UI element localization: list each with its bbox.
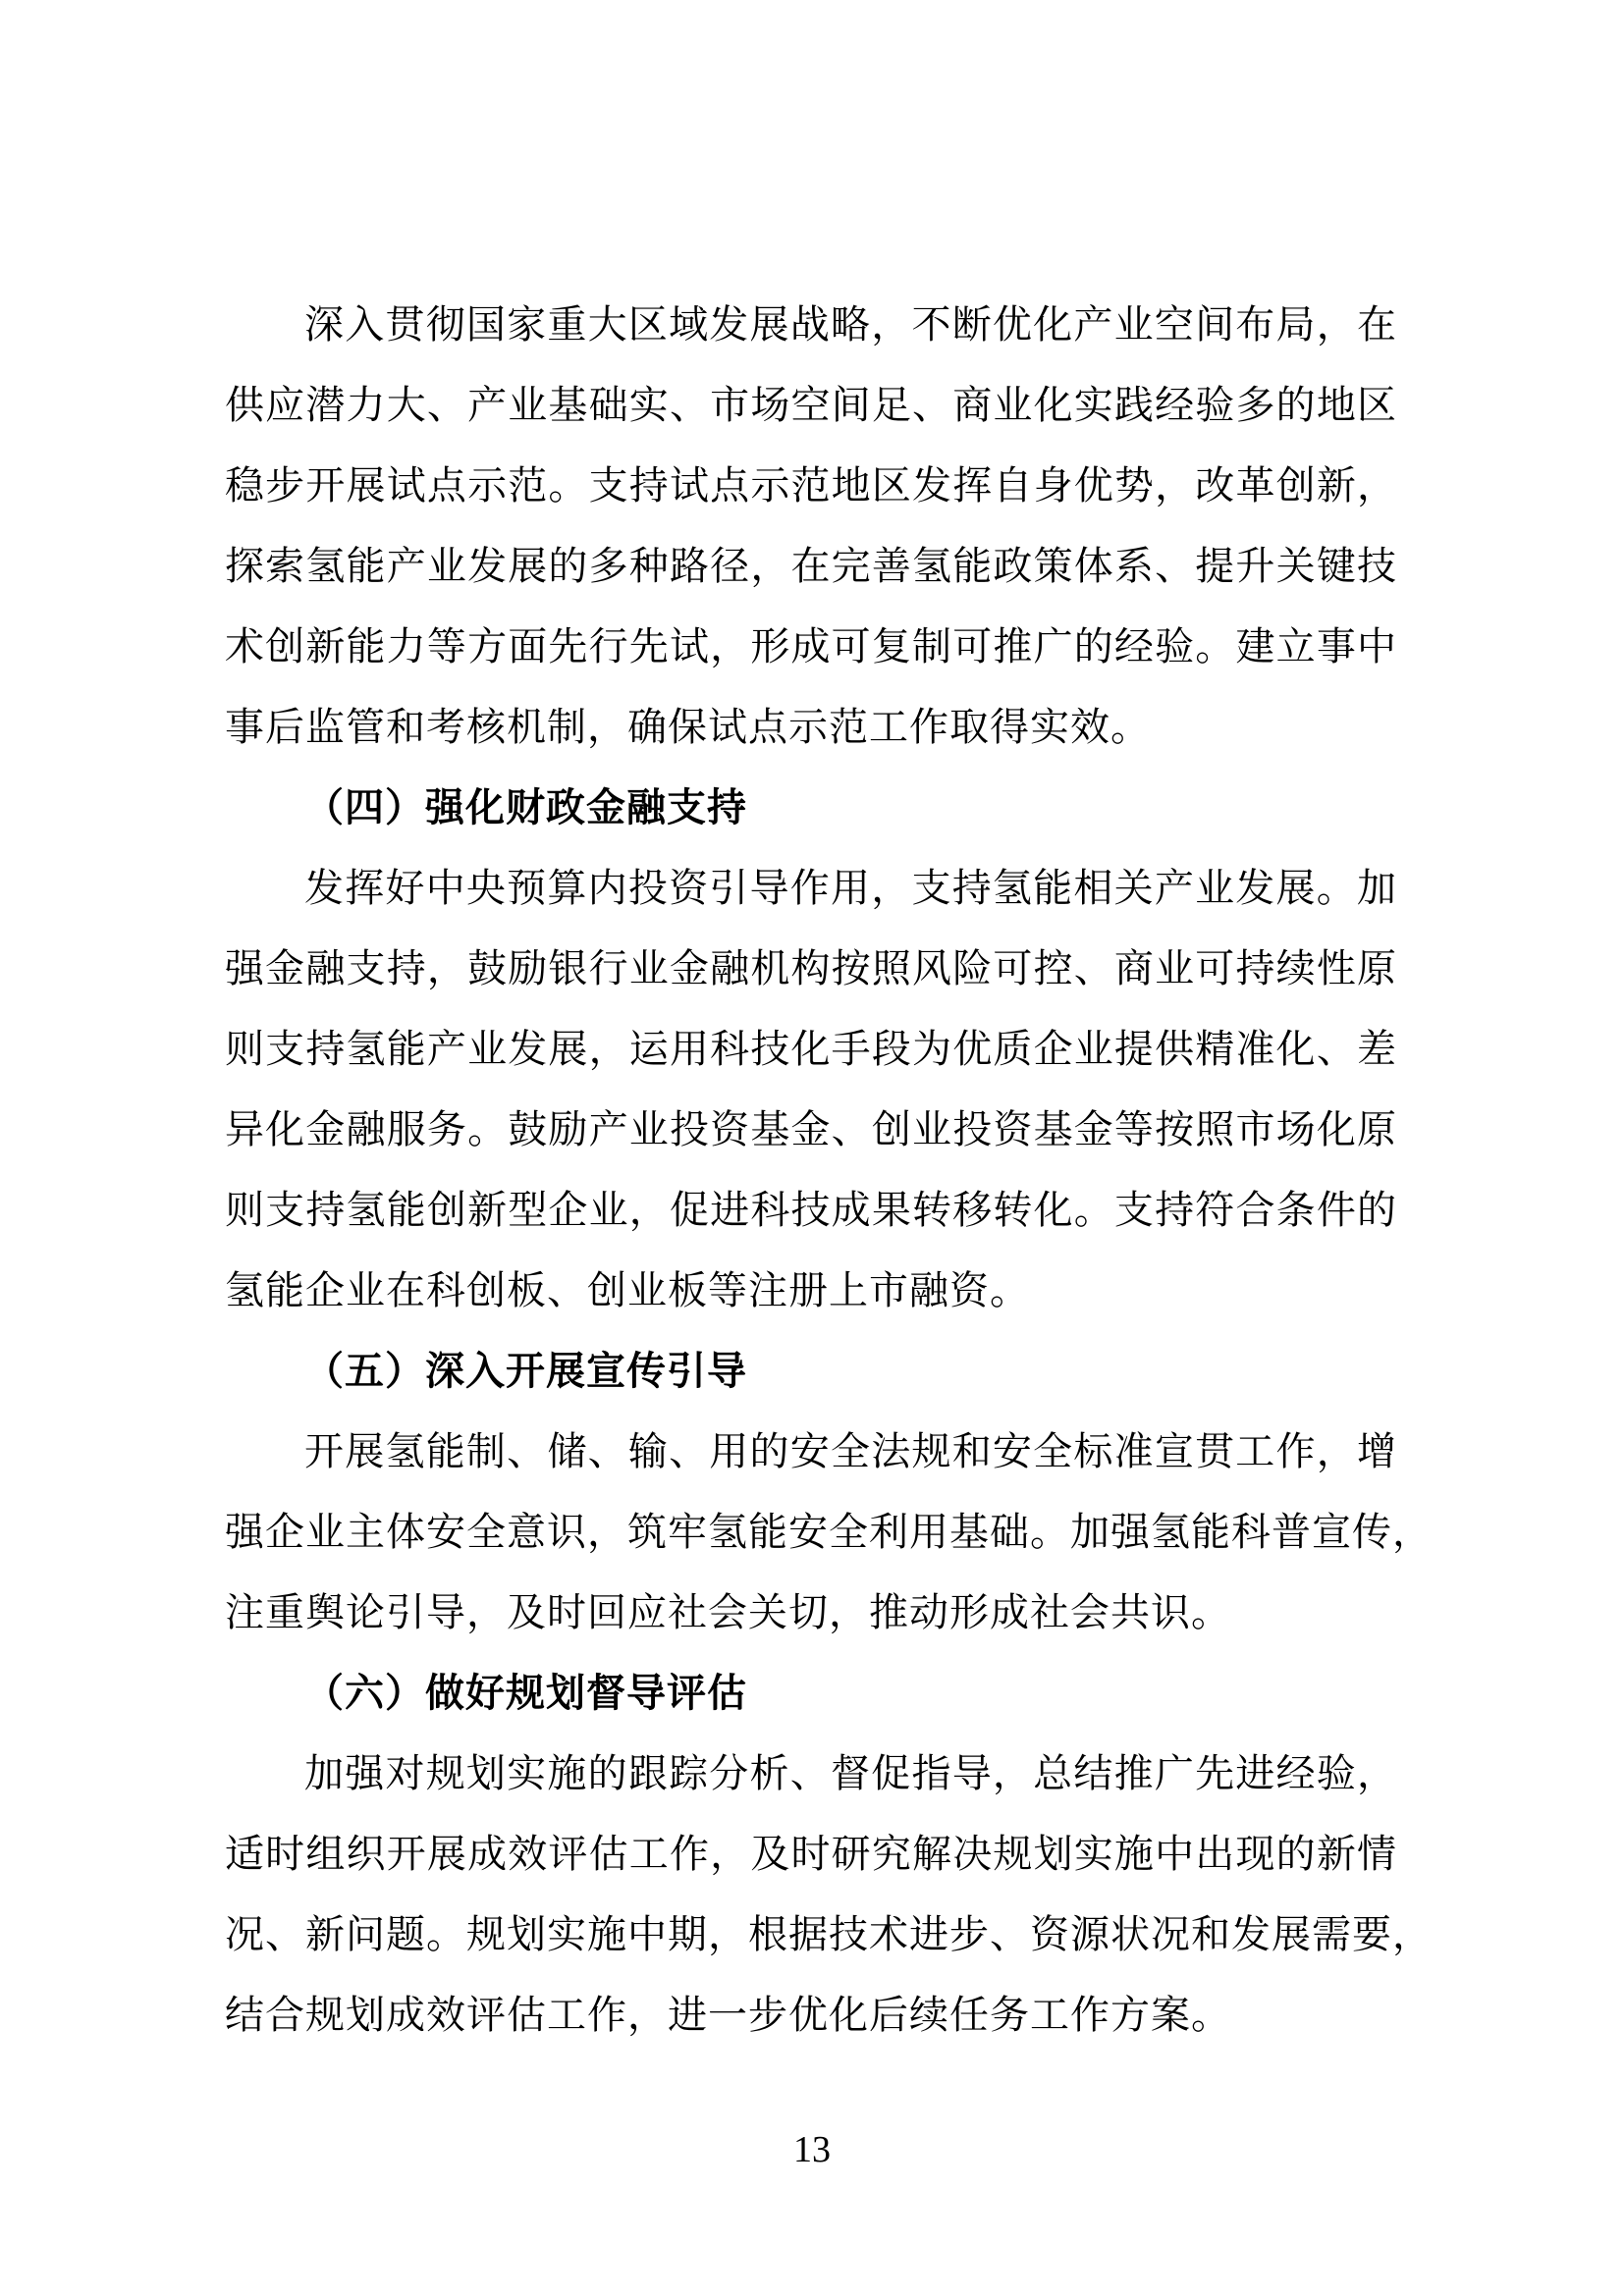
text-line: 加强对规划实施的跟踪分析、督促指导，总结推广先进经验， <box>225 1734 1397 1814</box>
document-page: 深入贯彻国家重大区域发展战略，不断优化产业空间布局，在供应潜力大、产业基础实、市… <box>0 0 1624 2296</box>
text-line: 强金融支持，鼓励银行业金融机构按照风险可控、商业可持续性原 <box>225 929 1397 1009</box>
text-line: 则支持氢能创新型企业，促进科技成果转移转化。支持符合条件的 <box>225 1170 1397 1251</box>
text-line: 术创新能力等方面先行先试，形成可复制可推广的经验。建立事中 <box>225 607 1397 687</box>
text-line: 结合规划成效评估工作，进一步优化后续任务工作方案。 <box>225 1975 1397 2056</box>
section-heading: （六）做好规划督导评估 <box>225 1653 1397 1734</box>
text-line: 异化金融服务。鼓励产业投资基金、创业投资基金等按照市场化原 <box>225 1090 1397 1170</box>
section-heading: （五）深入开展宣传引导 <box>225 1331 1397 1412</box>
text-line: 探索氢能产业发展的多种路径，在完善氢能政策体系、提升关键技 <box>225 526 1397 607</box>
text-line: 注重舆论引导，及时回应社会关切，推动形成社会共识。 <box>225 1573 1397 1653</box>
text-line: 况、新问题。规划实施中期，根据技术进步、资源状况和发展需要， <box>225 1895 1397 1975</box>
section-heading: （四）强化财政金融支持 <box>225 768 1397 848</box>
document-body: 深入贯彻国家重大区域发展战略，不断优化产业空间布局，在供应潜力大、产业基础实、市… <box>225 285 1397 2056</box>
text-line: 发挥好中央预算内投资引导作用，支持氢能相关产业发展。加 <box>225 848 1397 929</box>
text-line: 事后监管和考核机制，确保试点示范工作取得实效。 <box>225 687 1397 768</box>
text-line: 适时组织开展成效评估工作，及时研究解决规划实施中出现的新情 <box>225 1814 1397 1895</box>
text-line: 则支持氢能产业发展，运用科技化手段为优质企业提供精准化、差 <box>225 1009 1397 1090</box>
text-line: 强企业主体安全意识，筑牢氢能安全利用基础。加强氢能科普宣传， <box>225 1492 1397 1573</box>
text-line: 氢能企业在科创板、创业板等注册上市融资。 <box>225 1251 1397 1331</box>
page-number: 13 <box>0 2122 1624 2177</box>
text-line: 深入贯彻国家重大区域发展战略，不断优化产业空间布局，在 <box>225 285 1397 365</box>
text-line: 开展氢能制、储、输、用的安全法规和安全标准宣贯工作，增 <box>225 1412 1397 1492</box>
text-line: 供应潜力大、产业基础实、市场空间足、商业化实践经验多的地区 <box>225 365 1397 446</box>
text-line: 稳步开展试点示范。支持试点示范地区发挥自身优势，改革创新， <box>225 446 1397 526</box>
